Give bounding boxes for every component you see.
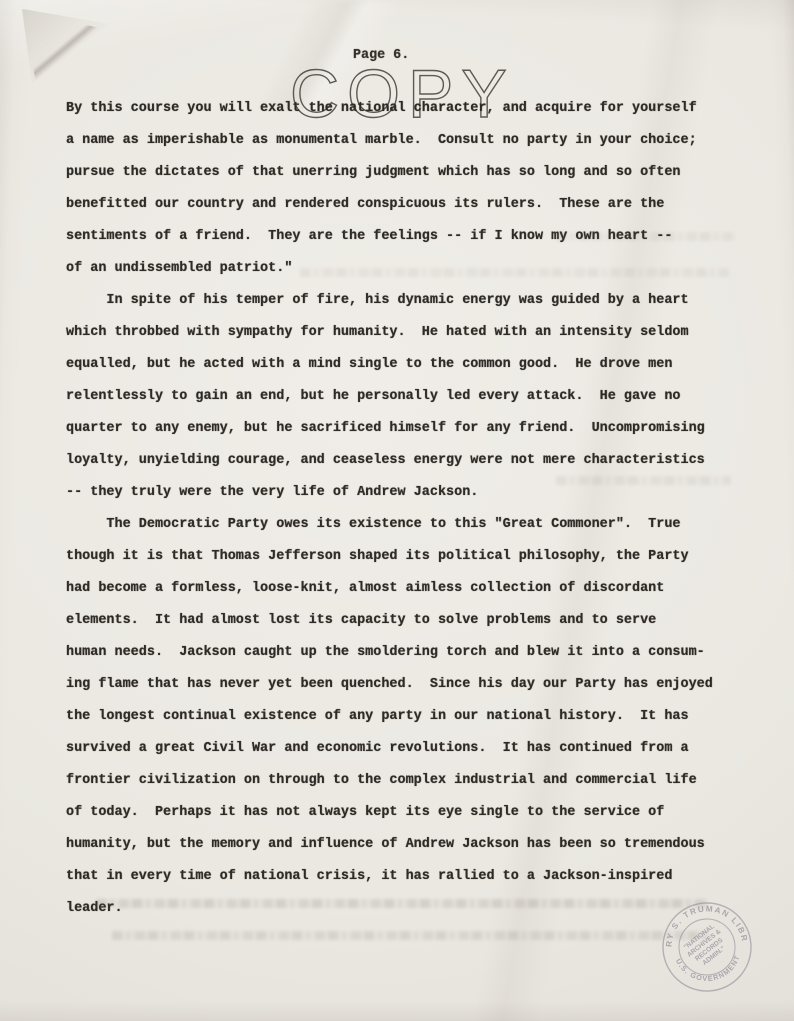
document-page: Page 6. COPY By this course you will exa… — [0, 0, 794, 1021]
typescript-line: frontier civilization on through to the … — [66, 765, 713, 797]
ghost-text-line — [112, 931, 708, 940]
typescript-line: By this course you will exalt the nation… — [66, 93, 713, 125]
typescript-line: loyalty, unyielding courage, and ceasele… — [66, 445, 713, 477]
typescript-line: benefitted our country and rendered cons… — [66, 189, 713, 221]
typescript-line: of an undissembled patriot." — [66, 253, 713, 285]
typescript-line: which throbbed with sympathy for humanit… — [66, 317, 713, 349]
typescript-line: In spite of his temper of fire, his dyna… — [66, 285, 713, 317]
typescript-line: pursue the dictates of that unerring jud… — [66, 157, 713, 189]
typescript-line: -- they truly were the very life of Andr… — [66, 477, 713, 509]
truman-library-archives-stamp: HARRY S. TRUMAN LIBRARY U.S. GOVERNMENT … — [640, 880, 774, 1014]
typescript-line: elements. It had almost lost its capacit… — [66, 605, 713, 637]
typescript-line: had become a formless, loose-knit, almos… — [66, 573, 713, 605]
typescript-line: equalled, but he acted with a mind singl… — [66, 349, 713, 381]
stamp-center-text: "NATIONAL ARCHIVES & RECORDS ADMIN." — [681, 922, 732, 972]
typescript-line: relentlessly to gain an end, but he pers… — [66, 381, 713, 413]
typescript-line: that in every time of national crisis, i… — [66, 861, 713, 893]
typescript-line: a name as imperishable as monumental mar… — [66, 125, 713, 157]
typescript-text: By this course you will exalt the nation… — [66, 93, 713, 925]
typescript-line: The Democratic Party owes its existence … — [66, 509, 713, 541]
typescript-line: survived a great Civil War and economic … — [66, 733, 713, 765]
typescript-line: the longest continual existence of any p… — [66, 701, 713, 733]
typescript-line: though it is that Thomas Jefferson shape… — [66, 541, 713, 573]
typescript-line: sentiments of a friend. They are the fee… — [66, 221, 713, 253]
typescript-line: leader. — [66, 893, 713, 925]
typescript-line: human needs. Jackson caught up the smold… — [66, 637, 713, 669]
typescript-line: ing flame that has never yet been quench… — [66, 669, 713, 701]
typescript-line: quarter to any enemy, but he sacrificed … — [66, 413, 713, 445]
typescript-line: of today. Perhaps it has not always kept… — [66, 797, 713, 829]
typescript-line: humanity, but the memory and influence o… — [66, 829, 713, 861]
